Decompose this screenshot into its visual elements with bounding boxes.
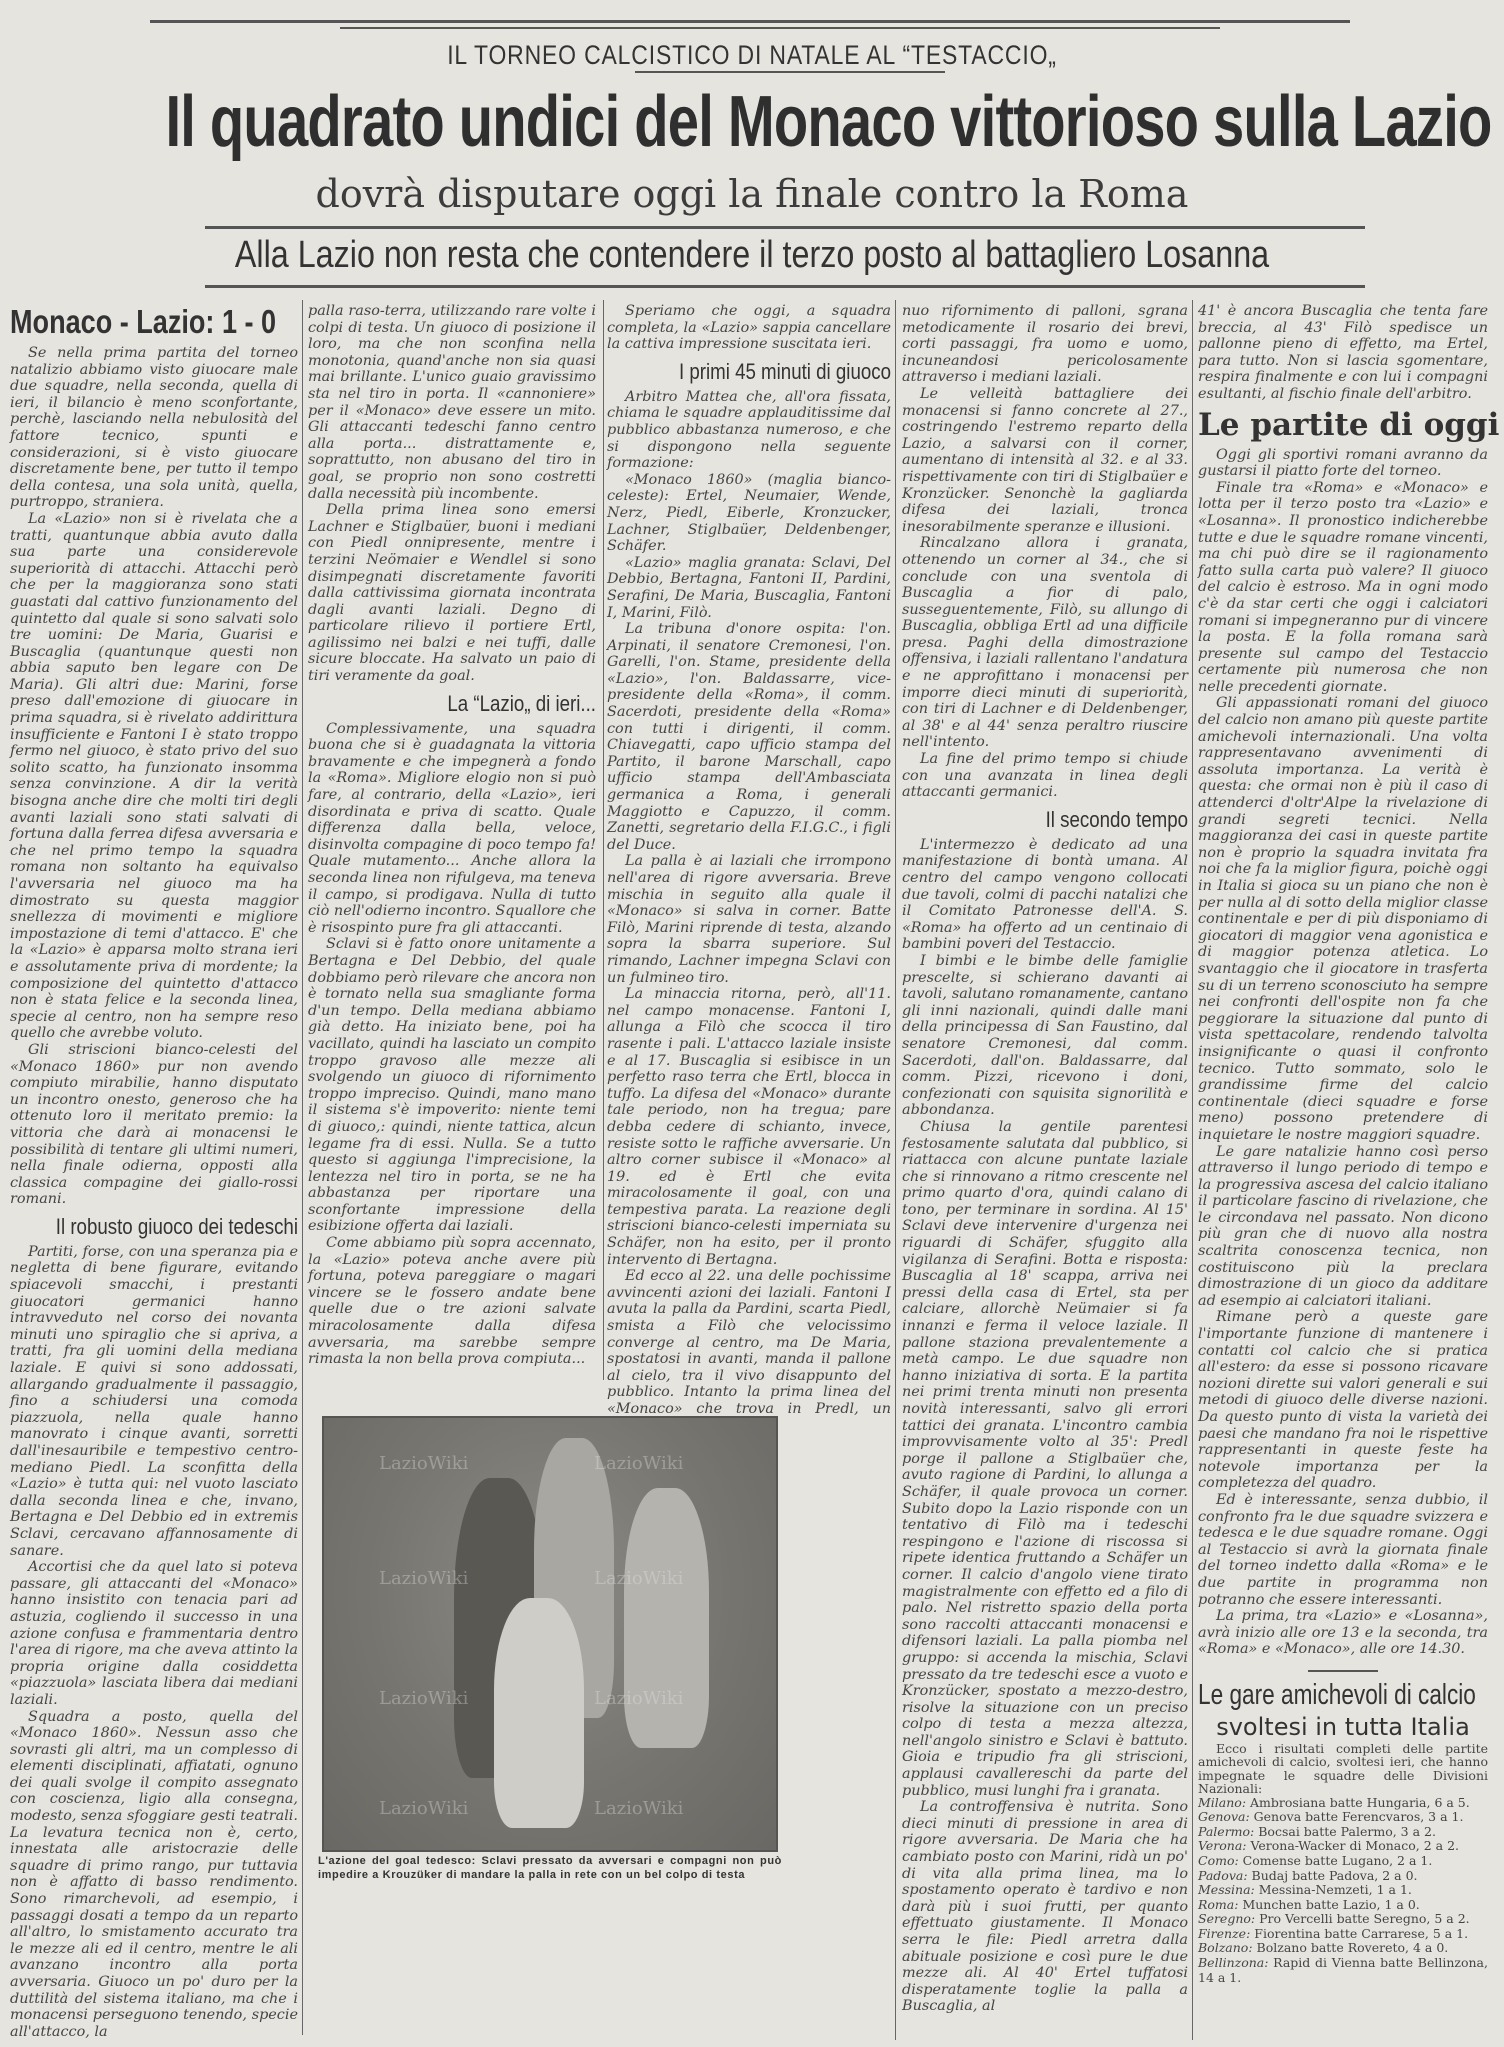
paragraph: I bimbi e le bimbe delle famiglie presce… (902, 953, 1188, 1119)
player-figure (494, 1598, 584, 1828)
paragraph: Rimane però a queste gare l'importante f… (1198, 1309, 1488, 1492)
paragraph: Speriamo che oggi, a squadra completa, l… (607, 303, 891, 353)
section-heading: Il secondo tempo (945, 805, 1188, 835)
watermark: LazioWiki (594, 1568, 683, 1589)
column-2: palla raso-terra, utilizzando rare volte… (308, 303, 596, 1368)
paragraph: 41' è ancora Buscaglia che tenta fare br… (1198, 303, 1488, 403)
paragraph: La tribuna d'onore ospita: l'on. Arpinat… (607, 621, 891, 853)
paragraph: La controffensiva è nutrita. Sono dieci … (902, 1799, 1188, 2015)
result-text: Ambrosiana batte Hungaria, 6 a 5. (1250, 1795, 1470, 1810)
watermark: LazioWiki (379, 1453, 468, 1474)
result-city: Como: (1198, 1853, 1239, 1868)
paragraph: La fine del primo tempo si chiude con un… (902, 751, 1188, 801)
result-text: Bolzano batte Rovereto, 4 a 0. (1257, 1940, 1449, 1955)
watermark: LazioWiki (379, 1798, 468, 1819)
result-row: Roma: Munchen batte Lazio, 1 a 0. (1198, 1898, 1488, 1913)
paragraph: Sclavi si è fatto onore unitamente a Ber… (308, 936, 596, 1235)
paragraph: Rincalzano allora i granata, ottenendo u… (902, 535, 1188, 751)
column-divider (895, 300, 896, 2040)
column-1: Monaco - Lazio: 1 - 0 Se nella prima par… (10, 303, 298, 2040)
kicker: IL TORNEO CALCISTICO DI NATALE AL “TESTA… (113, 40, 1391, 71)
paragraph: Gli appassionati romani del giuoco del c… (1198, 695, 1488, 1143)
result-city: Milano: (1198, 1795, 1246, 1810)
results-intro: Ecco i risultati completi delle partite … (1198, 1742, 1488, 1796)
paragraph: La «Lazio» non si è rivelata che a tratt… (10, 511, 298, 1042)
paragraph: Squadra a posto, quella del «Monaco 1860… (10, 1709, 298, 2041)
subhead-rule (205, 226, 1365, 229)
result-city: Firenze: (1198, 1926, 1250, 1941)
paragraph: La minaccia ritorna, però, all'11. nel c… (607, 986, 891, 1268)
result-city: Bellinzona: (1198, 1955, 1268, 1970)
result-text: Budaj batte Padova, 2 a 0. (1252, 1868, 1418, 1883)
result-row: Como: Comense batte Lugano, 2 a 1. (1198, 1854, 1488, 1869)
paragraph: Della prima linea sono emersi Lachner e … (308, 502, 596, 685)
sidebar-gare-title: Le gare amichevoli di calcio (1198, 1678, 1424, 1712)
results-list: Milano: Ambrosiana batte Hungaria, 6 a 5… (1198, 1796, 1488, 1986)
kicker-rule (635, 71, 945, 73)
result-city: Bolzano: (1198, 1940, 1253, 1955)
paragraph: Chiusa la gentile parentesi festosamente… (902, 1119, 1188, 1799)
section-rule (1308, 1670, 1378, 1672)
paragraph: Le gare natalizie hanno così perso attra… (1198, 1144, 1488, 1310)
result-row: Verona: Verona-Wacker di Monaco, 2 a 2. (1198, 1839, 1488, 1854)
paragraph: Complessivamente, una squadra buona che … (308, 721, 596, 937)
paragraph: Accortisi che da quel lato si poteva pas… (10, 1559, 298, 1708)
result-city: Genova: (1198, 1809, 1250, 1824)
result-text: Fiorentina batte Carrarese, 5 a 1. (1254, 1926, 1468, 1941)
match-photo: LazioWiki LazioWiki LazioWiki LazioWiki … (322, 1416, 778, 1852)
player-figure (624, 1488, 709, 1748)
result-text: Genova batte Ferencvaros, 3 a 1. (1254, 1809, 1464, 1824)
sidebar-gare-subtitle: svoltesi in tutta Italia (1198, 1712, 1488, 1742)
top-rule (150, 20, 1350, 23)
result-text: Verona-Wacker di Monaco, 2 a 2. (1250, 1838, 1459, 1853)
column-divider (1192, 300, 1193, 2040)
paragraph: «Lazio» maglia granata: Sclavi, Del Debb… (607, 555, 891, 621)
paragraph: Come abbiamo più sopra accennato, la «La… (308, 1235, 596, 1368)
result-row: Messina: Messina-Nemzeti, 1 a 1. (1198, 1883, 1488, 1898)
watermark: LazioWiki (594, 1688, 683, 1709)
section-heading: I primi 45 minuti di giuoco (650, 357, 891, 387)
result-row: Bellinzona: Rapid di Vienna batte Bellin… (1198, 1956, 1488, 1985)
paragraph: nuo rifornimento di palloni, sgrana meto… (902, 303, 1188, 386)
result-row: Bolzano: Bolzano batte Rovereto, 4 a 0. (1198, 1941, 1488, 1956)
score-title: Monaco - Lazio: 1 - 0 (10, 303, 246, 341)
result-text: Bocsai batte Palermo, 3 a 2. (1258, 1824, 1436, 1839)
result-text: Comense batte Lugano, 2 a 1. (1243, 1853, 1433, 1868)
result-row: Milano: Ambrosiana batte Hungaria, 6 a 5… (1198, 1796, 1488, 1811)
watermark: LazioWiki (379, 1568, 468, 1589)
result-row: Seregno: Pro Vercelli batte Seregno, 5 a… (1198, 1912, 1488, 1927)
result-row: Padova: Budaj batte Padova, 2 a 0. (1198, 1869, 1488, 1884)
result-row: Firenze: Fiorentina batte Carrarese, 5 a… (1198, 1927, 1488, 1942)
result-row: Palermo: Bocsai batte Palermo, 3 a 2. (1198, 1825, 1488, 1840)
result-city: Messina: (1198, 1882, 1255, 1897)
paragraph: Se nella prima partita del torneo natali… (10, 345, 298, 511)
paragraph: Ed ecco al 22. una delle pochissime avvi… (607, 1268, 891, 1434)
result-city: Verona: (1198, 1838, 1247, 1853)
result-text: Pro Vercelli batte Seregno, 5 a 2. (1259, 1911, 1470, 1926)
watermark: LazioWiki (594, 1798, 683, 1819)
result-city: Palermo: (1198, 1824, 1254, 1839)
section-heading: La “Lazio„ di ieri... (351, 689, 596, 719)
subheadline-1: dovrà disputare oggi la finale contro la… (0, 172, 1504, 216)
headline: Il quadrato undici del Monaco vittorioso… (165, 78, 1338, 166)
watermark: LazioWiki (594, 1453, 683, 1474)
result-text: Messina-Nemzeti, 1 a 1. (1259, 1882, 1412, 1897)
paragraph: L'intermezzo è dedicato ad una manifesta… (902, 837, 1188, 953)
column-divider (302, 300, 303, 2035)
watermark: LazioWiki (379, 1688, 468, 1709)
paragraph: Arbitro Mattea che, all'ora fissata, chi… (607, 389, 891, 472)
result-city: Padova: (1198, 1868, 1248, 1883)
paragraph: Oggi gli sportivi romani avranno da gust… (1198, 447, 1488, 480)
column-divider (603, 300, 604, 1380)
paragraph: Gli striscioni bianco-celesti del «Monac… (10, 1042, 298, 1208)
result-text: Munchen batte Lazio, 1 a 0. (1242, 1897, 1419, 1912)
top-rule-2 (340, 27, 1220, 29)
paragraph: La palla è ai laziali che irrompono nell… (607, 853, 891, 986)
paragraph: Partiti, forse, con una speranza pia e n… (10, 1244, 298, 1559)
subheadline-2: Alla Lazio non resta che contendere il t… (113, 234, 1391, 277)
column-3: Speriamo che oggi, a squadra completa, l… (607, 303, 891, 1434)
sidebar-oggi-title: Le partite di oggi (1198, 405, 1488, 445)
column-4: nuo rifornimento di palloni, sgrana meto… (902, 303, 1188, 2015)
subhead-rule-2 (205, 285, 1365, 288)
paragraph: Ed è interessante, senza dubbio, il conf… (1198, 1492, 1488, 1608)
paragraph: «Monaco 1860» (maglia bianco-celeste): E… (607, 472, 891, 555)
result-city: Roma: (1198, 1897, 1238, 1912)
newspaper-page: IL TORNEO CALCISTICO DI NATALE AL “TESTA… (0, 0, 1504, 2047)
result-row: Genova: Genova batte Ferencvaros, 3 a 1. (1198, 1810, 1488, 1825)
paragraph: Finale tra «Roma» e «Monaco» e lotta per… (1198, 480, 1488, 696)
result-city: Seregno: (1198, 1911, 1255, 1926)
section-heading: Il robusto giuoco dei tedeschi (53, 1212, 298, 1242)
paragraph: La prima, tra «Lazio» e «Losanna», avrà … (1198, 1608, 1488, 1658)
column-5: 41' è ancora Buscaglia che tenta fare br… (1198, 303, 1488, 1985)
photo-caption: L'azione del goal tedesco: Sclavi pressa… (318, 1854, 782, 1882)
paragraph: Le velleità battagliere dei monacensi si… (902, 386, 1188, 535)
paragraph: palla raso-terra, utilizzando rare volte… (308, 303, 596, 502)
